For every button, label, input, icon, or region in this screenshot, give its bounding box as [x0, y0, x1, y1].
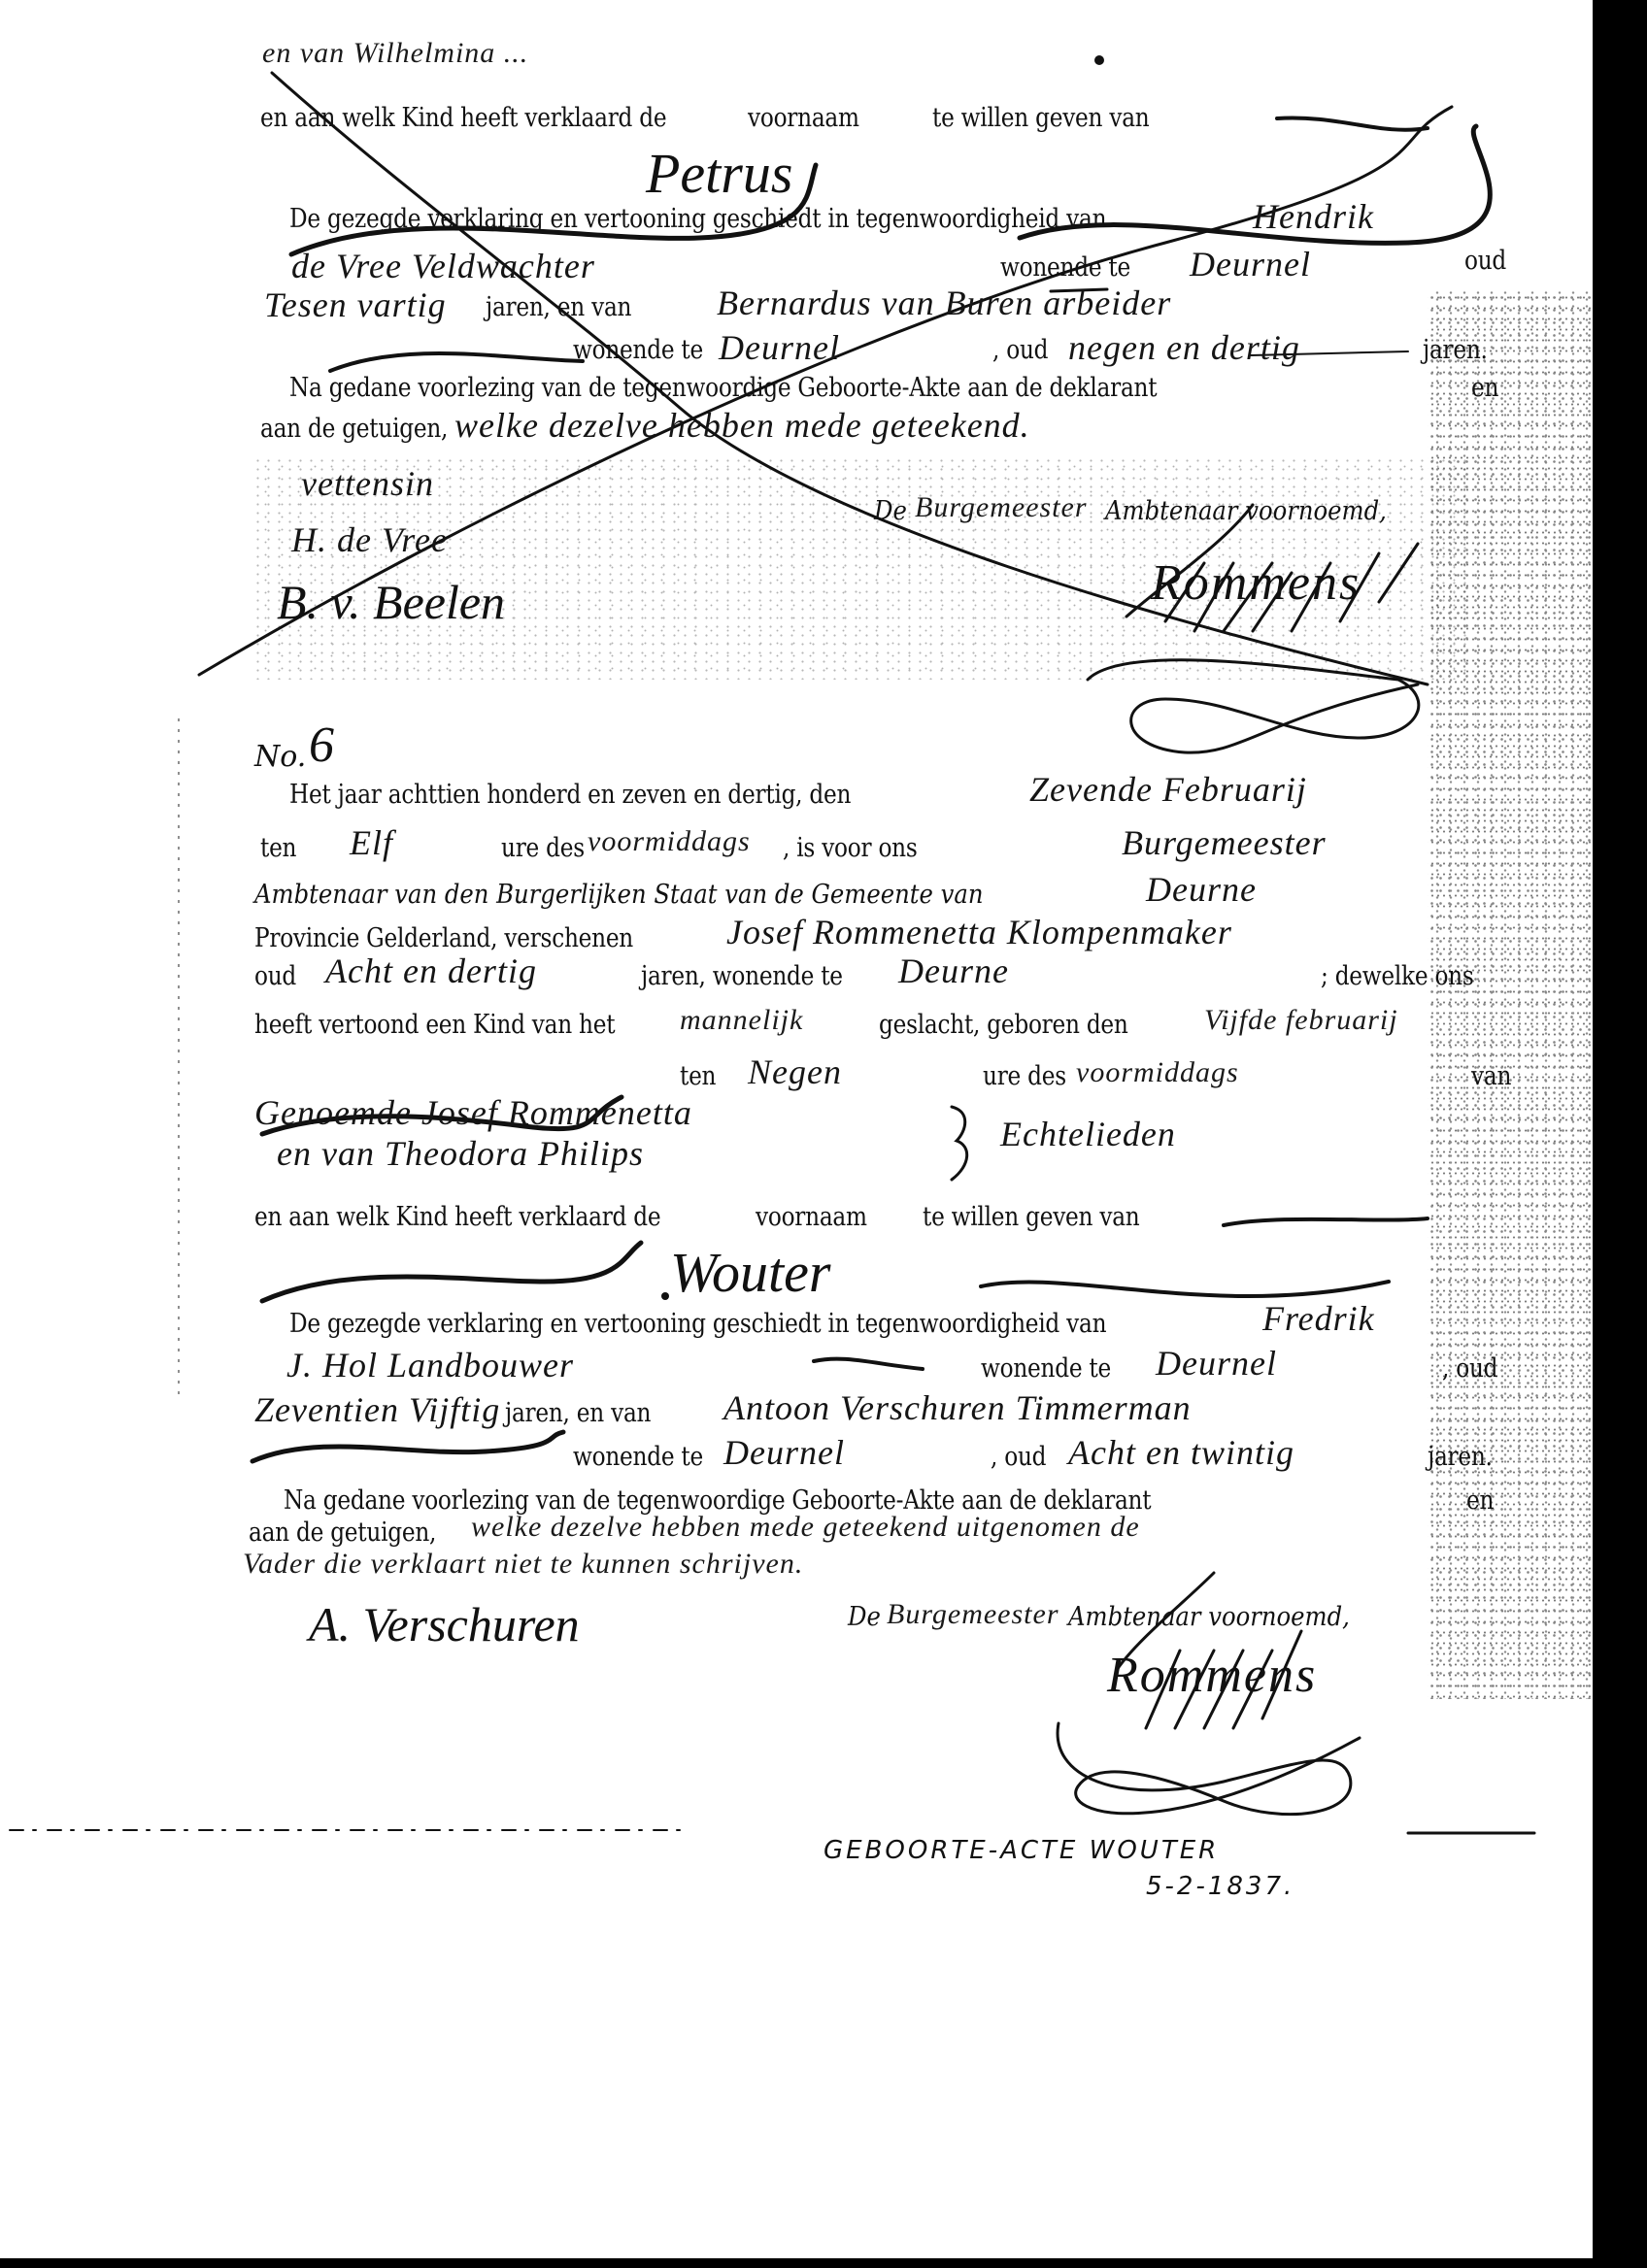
lower-line1-printed: Het jaar achttien honderd en zeven en de… [289, 782, 851, 808]
lower-line2-rest: , is voor ons [783, 835, 918, 861]
upper-witness1-place: Deurnel [1190, 247, 1311, 282]
lower-line4-printed: Provincie Gelderland, verschenen [254, 925, 633, 951]
upper-reading-clause-2: aan de getuigen, [260, 416, 448, 442]
lower-line7-time: voormiddags [1076, 1058, 1239, 1087]
upper-reading-clause-en: en [1471, 375, 1498, 401]
lower-declared-name-prompt-2: voornaam [756, 1204, 867, 1230]
lower-parents-line2: en van Theodora Philips [277, 1136, 644, 1171]
lower-oud-1: , oud [1442, 1355, 1497, 1382]
lower-official-suffix: Ambtenaar voornoemd, [1068, 1604, 1350, 1630]
lower-reading-clause-en: en [1466, 1487, 1494, 1514]
upper-oud-2: , oud [992, 337, 1048, 363]
lower-line2-ten: ten [260, 835, 296, 861]
lower-official-title: Burgemeester [887, 1600, 1059, 1629]
scan-border-bottom [0, 2258, 1647, 2268]
upper-witness1-age: Tesen vartig [264, 287, 447, 322]
upper-witness2-place: Deurnel [719, 330, 840, 365]
upper-declared-name-prompt-1: en aan welk Kind heeft verklaard de [260, 105, 666, 131]
lower-official-signature: Rommens [1107, 1651, 1317, 1701]
lower-official-prefix: De [848, 1604, 881, 1630]
upper-witness2-age: negen en dertig [1068, 330, 1300, 365]
lower-jaren: jaren. [1428, 1444, 1493, 1470]
upper-signature-2: H. de Vree [291, 522, 448, 557]
lower-line2-official-title: Burgemeester [1122, 825, 1327, 860]
lower-jaren-en-van: jaren, en van [505, 1400, 651, 1426]
annotation-title: GEBOORTE-ACTE WOUTER [823, 1838, 1219, 1863]
lower-line2-hour: Elf [350, 825, 393, 860]
annotation-date: 5-2-1837. [1146, 1874, 1294, 1899]
upper-reading-clause-1: Na gedane voorlezing van de tegenwoordig… [289, 375, 1157, 401]
lower-line7-ure: ure des [983, 1063, 1066, 1089]
lower-wonende-te-1: wonende te [981, 1355, 1111, 1382]
lower-line5-rest: ; dewelke ons [1321, 963, 1474, 989]
lower-line6-birth-date: Vijfde februarij [1204, 1006, 1398, 1035]
upper-witness1-name-start: Hendrik [1253, 199, 1374, 234]
record-number-label: No. [254, 743, 306, 772]
lower-reading-clause-1: Na gedane voorlezing van de tegenwoordig… [284, 1487, 1151, 1514]
lower-declared-name-prompt-3: te willen geven van [923, 1204, 1140, 1230]
lower-line5-place: Deurne [898, 953, 1009, 988]
lower-witness2-age: Acht en twintig [1068, 1435, 1294, 1470]
lower-witness1-name-start: Fredrik [1262, 1301, 1375, 1336]
lower-signed-clause-2: Vader die verklaart niet te kunnen schri… [243, 1550, 803, 1579]
lower-line5-age: Acht en dertig [325, 953, 537, 988]
upper-oud-1: oud [1464, 248, 1506, 274]
lower-line5-oud: oud [254, 963, 296, 989]
lower-witness1-age: Zeventien Vijftig [254, 1392, 500, 1427]
lower-line7-van: van [1471, 1063, 1511, 1089]
scanned-document-page: en van Wilhelmina ... en aan welk Kind h… [0, 0, 1647, 2268]
upper-official-suffix: Ambtenaar voornoemd, [1105, 498, 1387, 524]
lower-wonende-te-2: wonende te [573, 1444, 703, 1470]
upper-official-signature: Rommens [1151, 558, 1361, 609]
lower-line3-municipality: Deurne [1146, 872, 1257, 907]
lower-line7-hour: Negen [748, 1054, 842, 1089]
upper-official-prefix: De [874, 498, 907, 524]
upper-official-title: Burgemeester [915, 493, 1088, 522]
lower-line6-mid: geslacht, geboren den [879, 1012, 1128, 1038]
upper-jaren: jaren. [1423, 337, 1488, 363]
lower-line4-father: Josef Rommenetta Klompenmaker [726, 915, 1232, 950]
lower-signed-clause-1: welke dezelve hebben mede geteekend uitg… [471, 1513, 1140, 1542]
lower-line6-sex: mannelijk [680, 1006, 803, 1035]
lower-parents-line1: Genoemde Josef Rommenetta [254, 1095, 692, 1130]
lower-witness2-name: Antoon Verschuren Timmerman [723, 1390, 1192, 1425]
lower-witness-signature: A. Verschuren [309, 1600, 580, 1649]
upper-jaren-en-van: jaren, en van [486, 294, 631, 320]
lower-line2-ure: ure des [501, 835, 585, 861]
lower-line1-date: Zevende Februarij [1029, 772, 1307, 807]
upper-signature-3: B. v. Beelen [277, 578, 505, 626]
lower-parents-relation: Echtelieden [1000, 1117, 1176, 1151]
upper-signature-1: vettensin [301, 466, 434, 501]
lower-witness-clause: De gezegde verklaring en vertooning gesc… [289, 1311, 1106, 1337]
record-number-value: 6 [309, 720, 334, 771]
upper-declared-name-prompt-3: te willen geven van [932, 105, 1150, 131]
upper-declared-name-prompt-2: voornaam [748, 105, 859, 131]
upper-wonende-te-2: wonende te [573, 337, 703, 363]
lower-witness2-place: Deurnel [723, 1435, 845, 1470]
lower-line7-ten: ten [680, 1063, 716, 1089]
lower-declared-name-prompt-1: en aan welk Kind heeft verklaard de [254, 1204, 660, 1230]
lower-oud-2: , oud [991, 1444, 1046, 1470]
lower-line5-mid: jaren, wonende te [641, 963, 843, 989]
upper-signed-clause: welke dezelve hebben mede geteekend. [454, 408, 1030, 443]
lower-line3-printed: Ambtenaar van den Burgerlijken Staat van… [254, 882, 984, 908]
upper-witness-clause: De gezegde verklaring en vertooning gesc… [289, 206, 1106, 232]
lower-reading-clause-2: aan de getuigen, [249, 1519, 436, 1546]
upper-continuation-line: en van Wilhelmina ... [262, 39, 528, 68]
lower-line2-time: voormiddags [588, 827, 751, 856]
scan-border-right [1593, 0, 1647, 2268]
upper-child-name: Petrus [646, 146, 792, 202]
lower-witness1-place: Deurnel [1156, 1346, 1277, 1381]
lower-witness1-line2: J. Hol Landbouwer [286, 1348, 574, 1383]
upper-witness2-name: Bernardus van Buren arbeider [717, 285, 1171, 320]
lower-line6-printed: heeft vertoond een Kind van het [254, 1012, 615, 1038]
upper-witness1-line2: de Vree Veldwachter [291, 249, 595, 283]
upper-wonende-te-1: wonende te [1000, 254, 1130, 281]
lower-child-name: Wouter [670, 1245, 830, 1301]
